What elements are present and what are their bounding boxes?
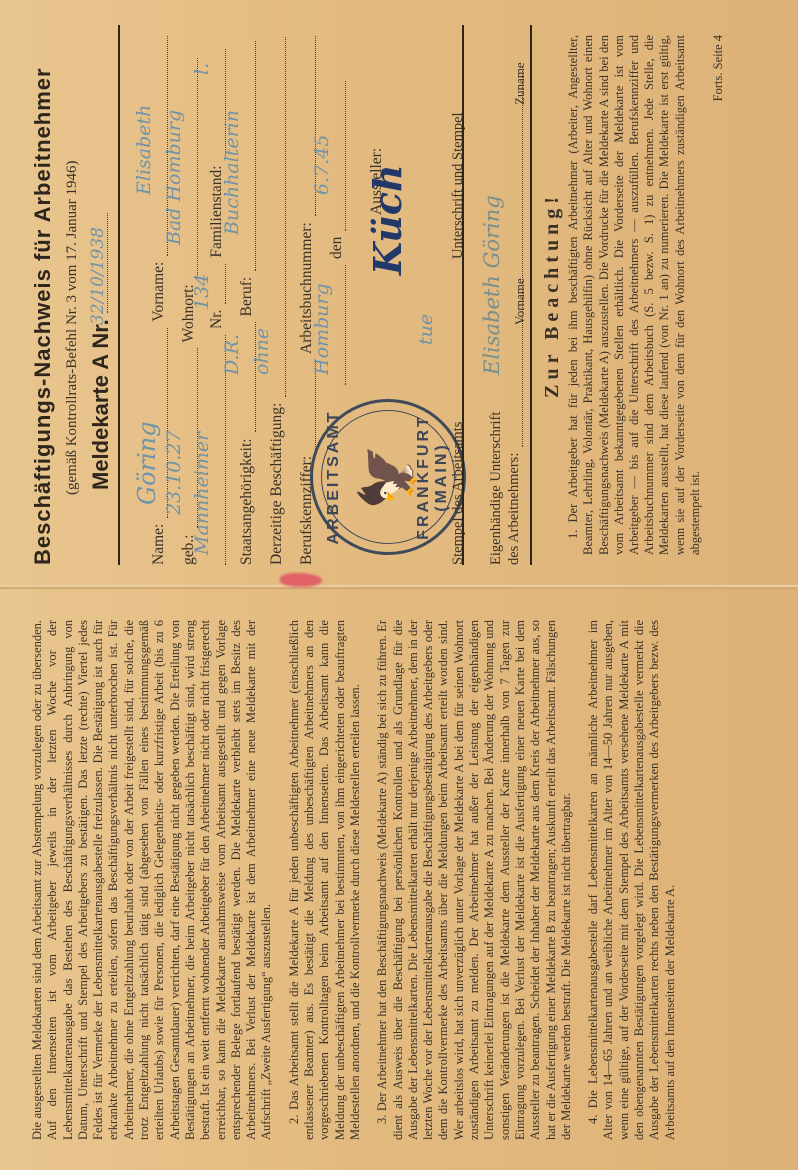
- instruction-paragraph: Die ausgestellten Meldekarten sind dem A…: [30, 620, 275, 1140]
- divider: [530, 25, 532, 565]
- familienstand-value: l.: [191, 63, 213, 75]
- beruf-label: Beruf:: [238, 277, 256, 317]
- front-page: Beschäftigungs-Nachweis für Arbeitnehmer…: [0, 15, 798, 575]
- den-label: den: [328, 237, 346, 259]
- stamp-top-text: ARBEITSAMT: [325, 402, 343, 552]
- beruf-field: [255, 41, 256, 271]
- date-value: 6.7.45: [311, 135, 333, 195]
- back-page: Die ausgestellten Meldekarten sind dem A…: [0, 600, 798, 1160]
- red-ink-mark: [280, 573, 322, 587]
- card-label: Meldekarte A Nr.: [88, 319, 113, 490]
- page-fold: [0, 585, 798, 589]
- notice-section: Zur Beachtung! 1. Der Arbeitgeber hat fü…: [545, 35, 726, 555]
- card-number-value: 32/10/1938: [88, 227, 108, 325]
- nr-value: 134: [191, 274, 213, 310]
- staats-label: Staatsangehörigkeit:: [238, 438, 256, 565]
- wohnort-field: [197, 58, 198, 278]
- form-subtitle: (gemäß Kontrollrats-Befehl Nr. 3 vom 17.…: [64, 160, 81, 495]
- notice-heading: Zur Beachtung!: [545, 35, 560, 555]
- eagle-emblem-icon: 🦅: [357, 443, 420, 510]
- office-stamp: ARBEITSAMT 🦅 FRANKFURT (MAIN): [310, 399, 466, 555]
- divider: [462, 25, 464, 565]
- vorname-caption: Vorname: [512, 278, 528, 325]
- street-value: Mannheimer: [191, 432, 213, 555]
- eigen-label-2: des Arbeitnehmers:: [506, 453, 523, 565]
- stamp-signature-row: Stempel des Arbeitsamts Unterschrift und…: [450, 112, 467, 565]
- eigen-label-1: Eigenhändige Unterschrift: [488, 412, 505, 565]
- unterschrift-label: Unterschrift und Stempel: [450, 112, 467, 259]
- date-field: [345, 81, 346, 231]
- instruction-paragraph: 3. Der Arbeitnehmer hat den Beschäftigun…: [375, 620, 574, 1140]
- worker-signature-field: [522, 67, 523, 447]
- aussteller-signature: Küch: [365, 164, 410, 275]
- employment-row: Derzeitige Beschäftigung:: [268, 37, 286, 565]
- stempel-label: Stempel des Arbeitsamts: [450, 265, 467, 565]
- instructions-text: Die ausgestellten Meldekarten sind dem A…: [30, 620, 690, 1140]
- instruction-paragraph: 2. Das Arbeitsamt stellt die Meldekarte …: [287, 620, 363, 1140]
- continued-note: Forts. Seite 4: [711, 35, 726, 555]
- place-value: Homburg: [311, 283, 333, 375]
- derzeitige-field: [285, 37, 286, 397]
- vorname-label: Vorname:: [150, 262, 168, 322]
- derzeitige-value: ohne: [251, 328, 273, 375]
- wohnort-value: Bad Homburg: [163, 110, 185, 245]
- vorname-value: Elisabeth: [133, 105, 155, 195]
- staats-value: D.R.: [221, 334, 243, 375]
- place-field: [345, 265, 346, 385]
- derzeitige-label: Derzeitige Beschäftigung:: [268, 403, 286, 565]
- name-label: Name:: [150, 524, 168, 565]
- worker-signature-row-1: Eigenhändige Unterschrift: [488, 412, 505, 565]
- nr-field: [225, 264, 226, 304]
- form-title: Beschäftigungs-Nachweis für Arbeitnehmer: [30, 67, 56, 565]
- initials: tue: [415, 314, 437, 345]
- geb-value: 23.10.27: [163, 430, 185, 515]
- zuname-caption: Zuname: [512, 62, 528, 105]
- stamp-bottom-text: FRANKFURT (MAIN): [415, 402, 451, 552]
- beruf-value: Buchhalterin: [221, 110, 243, 235]
- notice-paragraph: 1. Der Arbeitgeber hat für jeden bei ihm…: [566, 35, 703, 555]
- divider: [118, 25, 120, 565]
- instruction-paragraph: 4. Die Lebensmittelkartenausgabestelle d…: [586, 620, 678, 1140]
- name-value: Göring: [133, 421, 161, 505]
- nr-label: Nr.: [208, 310, 226, 329]
- worker-signature: Elisabeth Göring: [480, 195, 504, 375]
